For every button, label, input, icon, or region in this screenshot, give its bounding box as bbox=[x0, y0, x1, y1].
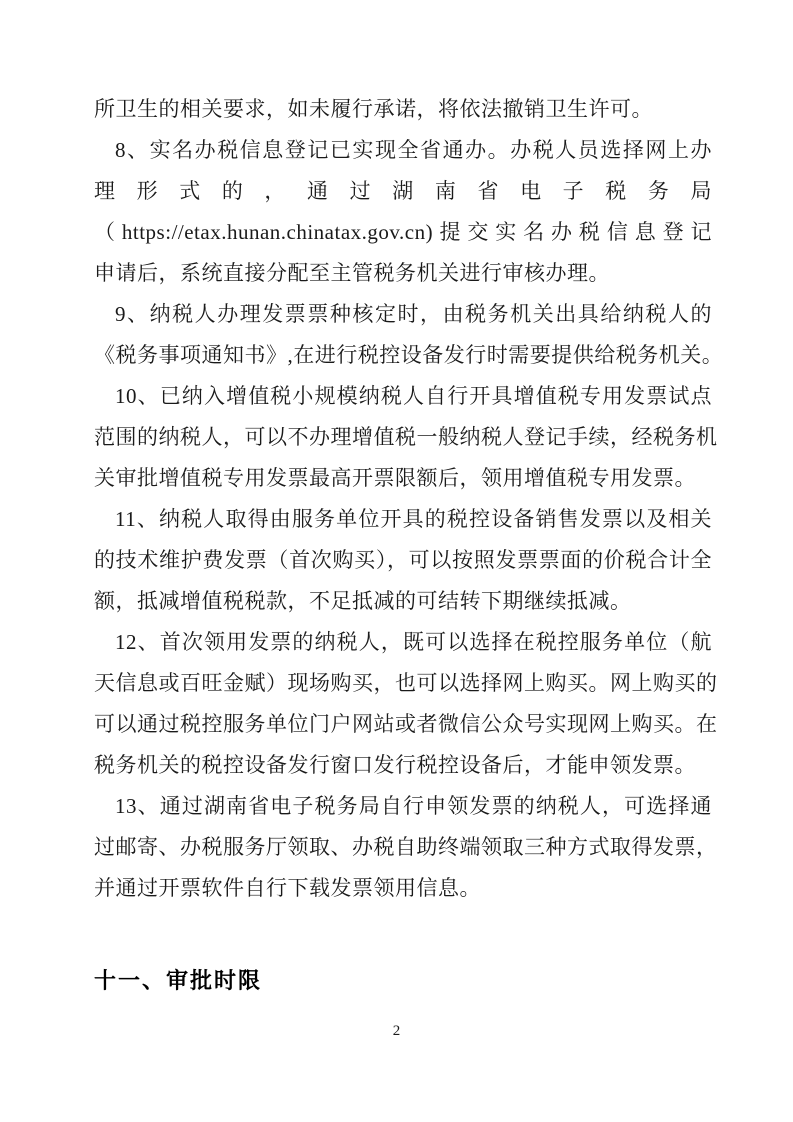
text-line: 天信息或百旺金赋）现场购买，也可以选择网上购买。网上购买的 bbox=[94, 663, 712, 704]
text-line: 9、纳税人办理发票票种核定时，由税务机关出具给纳税人的 bbox=[94, 294, 712, 335]
text-line: 8、实名办税信息登记已实现全省通办。办税人员选择网上办 bbox=[94, 130, 712, 171]
section-heading: 十一、审批时限 bbox=[94, 964, 262, 995]
text-line: 所卫生的相关要求，如未履行承诺，将依法撤销卫生许可。 bbox=[94, 89, 712, 130]
text-line: 税务机关的税控设备发行窗口发行税控设备后，才能申领发票。 bbox=[94, 745, 712, 786]
text-line: 申请后，系统直接分配至主管税务机关进行审核办理。 bbox=[94, 253, 712, 294]
text-line: 可以通过税控服务单位门户网站或者微信公众号实现网上购买。在 bbox=[94, 704, 712, 745]
text-line: 12、首次领用发票的纳税人，既可以选择在税控服务单位（航 bbox=[94, 622, 712, 663]
text-line: （https://etax.hunan.chinatax.gov.cn)提交实名… bbox=[94, 212, 712, 253]
text-line: 关审批增值税专用发票最高开票限额后，领用增值税专用发票。 bbox=[94, 458, 712, 499]
text-line: 理形式的，通过湖南省电子税务局 bbox=[94, 171, 712, 212]
text-line: 的技术维护费发票（首次购买），可以按照发票票面的价税合计全 bbox=[94, 540, 712, 581]
text-line: 并通过开票软件自行下载发票领用信息。 bbox=[94, 868, 712, 909]
text-line: 过邮寄、办税服务厅领取、办税自助终端领取三种方式取得发票， bbox=[94, 827, 712, 868]
text-line: 额，抵减增值税税款，不足抵减的可结转下期继续抵减。 bbox=[94, 581, 712, 622]
document-lines: 所卫生的相关要求，如未履行承诺，将依法撤销卫生许可。8、实名办税信息登记已实现全… bbox=[94, 89, 712, 909]
text-line: 范围的纳税人，可以不办理增值税一般纳税人登记手续，经税务机 bbox=[94, 417, 712, 458]
page-number: 2 bbox=[0, 1023, 793, 1040]
text-line: 13、通过湖南省电子税务局自行申领发票的纳税人，可选择通 bbox=[94, 786, 712, 827]
document-page: 所卫生的相关要求，如未履行承诺，将依法撤销卫生许可。8、实名办税信息登记已实现全… bbox=[0, 0, 793, 1122]
text-line: 11、纳税人取得由服务单位开具的税控设备销售发票以及相关 bbox=[94, 499, 712, 540]
text-line: 《税务事项通知书》,在进行税控设备发行时需要提供给税务机关。 bbox=[94, 335, 712, 376]
text-line: 10、已纳入增值税小规模纳税人自行开具增值税专用发票试点 bbox=[94, 376, 712, 417]
